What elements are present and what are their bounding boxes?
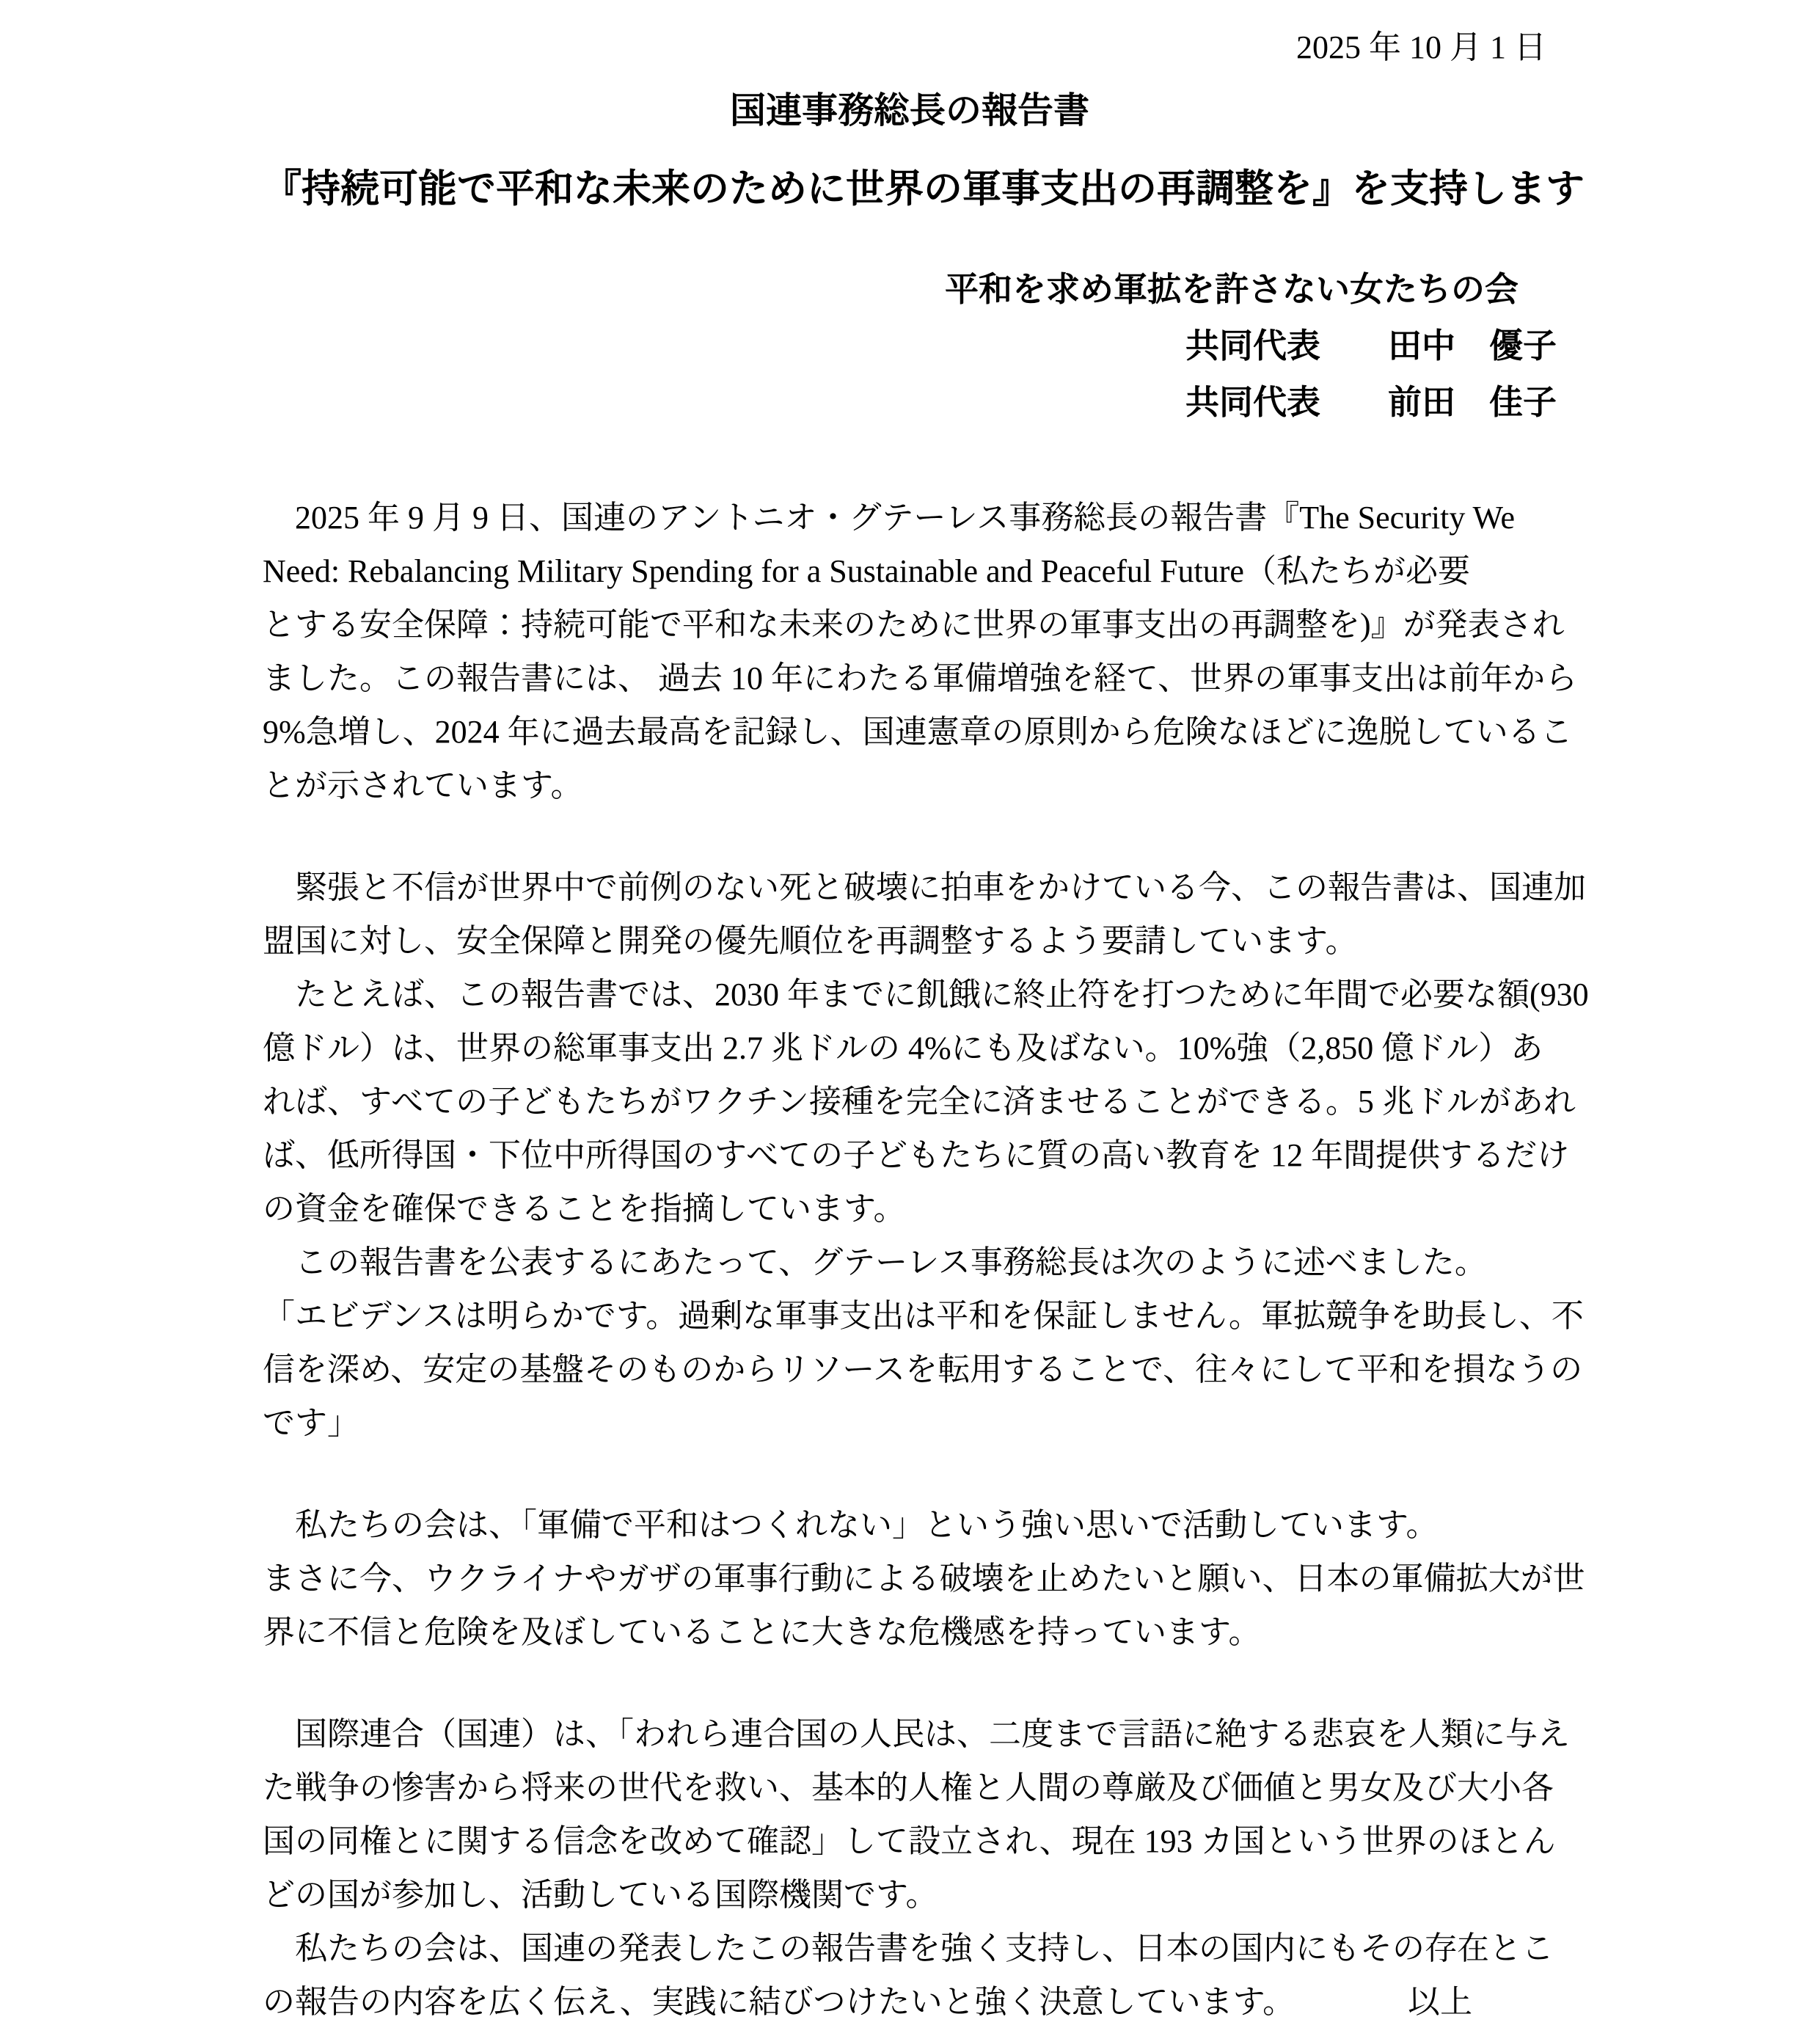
paragraph-spacer — [263, 812, 1557, 861]
body-line: た戦争の惨害から将来の世代を救い、基本的人権と人間の尊厳及び価値と男女及び大小各 — [263, 1761, 1557, 1814]
body-line: 緊張と不信が世界中で前例のない死と破壊に拍車をかけている今、この報告書は、国連加 — [263, 861, 1557, 914]
body-line: 億ドル）は、世界の総軍事支出 2.7 兆ドルの 4%にも及ばない。10%強（2,… — [263, 1021, 1557, 1075]
body-line: どの国が参加し、活動している国際機関です。 — [263, 1868, 1557, 1922]
body-line: れば、すべての子どもたちがワクチン接種を完全に済ませることができる。5 兆ドルが… — [263, 1075, 1557, 1128]
body-line: 私たちの会は、国連の発表したこの報告書を強く支持し、日本の国内にもその存在とこ — [263, 1922, 1557, 1975]
body-line: この報告書を公表するにあたって、グテーレス事務総長は次のように述べました。 — [263, 1236, 1557, 1289]
body-line: です」 — [263, 1396, 1557, 1450]
document-date: 2025 年 10 月 1 日 — [263, 21, 1557, 74]
organization-name: 平和を求め軍拡を許さない女たちの会 — [263, 261, 1557, 318]
body-text: 2025 年 9 月 9 日、国連のアントニオ・グテーレス事務総長の報告書『Th… — [263, 491, 1557, 2025]
body-line: 2025 年 9 月 9 日、国連のアントニオ・グテーレス事務総長の報告書『Th… — [263, 491, 1557, 544]
document-page: 2025 年 10 月 1 日 国連事務総長の報告書 『持続可能で平和な未来のた… — [0, 0, 1820, 2025]
body-line: 盟国に対し、安全保障と開発の優先順位を再調整するよう要請しています。 — [263, 914, 1557, 968]
document-content: 2025 年 10 月 1 日 国連事務総長の報告書 『持続可能で平和な未来のた… — [0, 21, 1820, 2025]
representative-line-2: 共同代表 前田 佳子 — [263, 374, 1557, 431]
body-line: 「エビデンスは明らかです。過剰な軍事支出は平和を保証しません。軍拡競争を助長し、… — [263, 1289, 1557, 1343]
paragraph-spacer — [263, 1450, 1557, 1498]
body-line: とする安全保障：持続可能で平和な未来のために世界の軍事支出の再調整を)』が発表さ… — [263, 598, 1557, 652]
document-title: 国連事務総長の報告書 — [263, 81, 1557, 140]
paragraph-spacer — [263, 1659, 1557, 1707]
body-line: 界に不信と危険を及ぼしていることに大きな危機感を持っています。 — [263, 1605, 1557, 1659]
body-line: の報告の内容を広く伝え、実践に結びつけたいと強く決意しています。 以上 — [263, 1975, 1557, 2025]
body-line: 信を深め、安定の基盤そのものからリソースを転用することで、往々にして平和を損なう… — [263, 1343, 1557, 1396]
body-line: とが示されています。 — [263, 759, 1557, 812]
body-line: の資金を確保できることを指摘しています。 — [263, 1182, 1557, 1236]
body-line: ました。この報告書には、 過去 10 年にわたる軍備増強を経て、世界の軍事支出は… — [263, 652, 1557, 705]
body-line: ば、低所得国・下位中所得国のすべての子どもたちに質の高い教育を 12 年間提供す… — [263, 1128, 1557, 1182]
body-line: たとえば、この報告書では、2030 年までに飢餓に終止符を打つために年間で必要な… — [263, 968, 1557, 1021]
body-line: Need: Rebalancing Military Spending for … — [263, 544, 1557, 598]
representative-line-1: 共同代表 田中 優子 — [263, 318, 1557, 374]
body-line: 私たちの会は、「軍備で平和はつくれない」という強い思いで活動しています。 — [263, 1498, 1557, 1552]
document-subtitle: 『持続可能で平和な未来のために世界の軍事支出の再調整を』を支持します — [263, 158, 1557, 221]
body-line: まさに今、ウクライナやガザの軍事行動による破壊を止めたいと願い、日本の軍備拡大が… — [263, 1552, 1557, 1605]
body-line: 9%急増し、2024 年に過去最高を記録し、国連憲章の原則から危険なほどに逸脱し… — [263, 705, 1557, 759]
body-line: 国際連合（国連）は、「われら連合国の人民は、二度まで言語に絶する悲哀を人類に与え — [263, 1707, 1557, 1761]
body-line: 国の同権とに関する信念を改めて確認」して設立され、現在 193 カ国という世界の… — [263, 1814, 1557, 1868]
